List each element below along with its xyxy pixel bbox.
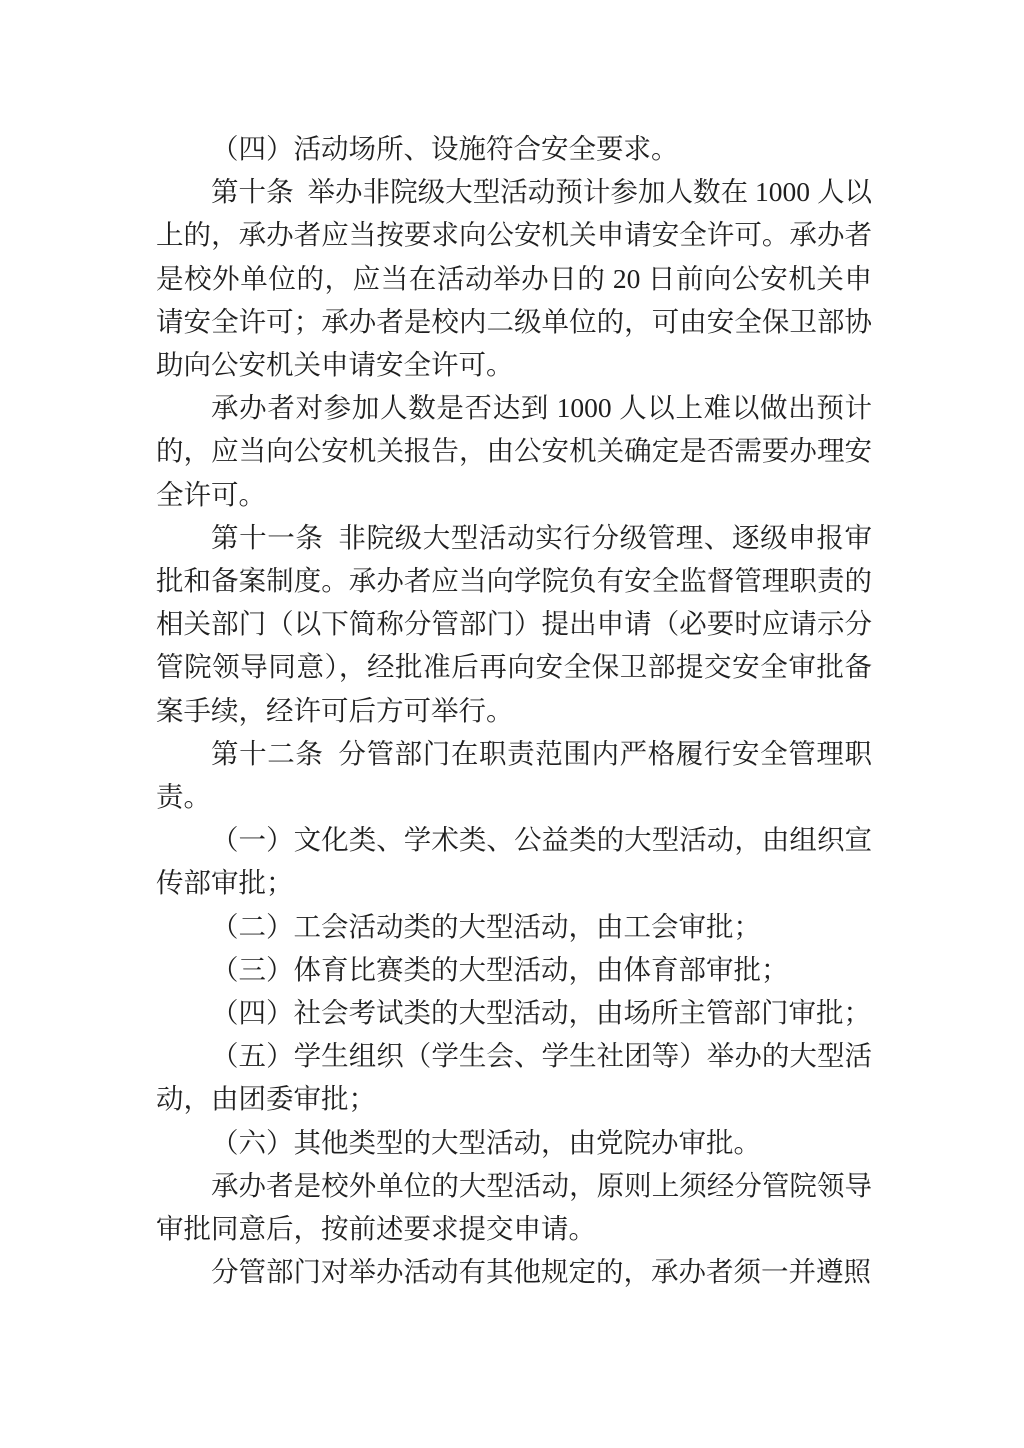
paragraph-item-3-sports: （三）体育比赛类的大型活动，由体育部审批； [156, 948, 872, 991]
paragraph-external-organizer: 承办者是校外单位的大型活动，原则上须经分管院领导审批同意后，按前述要求提交申请。 [156, 1164, 872, 1250]
paragraph-article-10-cont: 承办者对参加人数是否达到 1000 人以上难以做出预计的，应当向公安机关报告，由… [156, 386, 872, 516]
paragraph-item-4-exams: （四）社会考试类的大型活动，由场所主管部门审批； [156, 991, 872, 1034]
paragraph-item-5-students: （五）学生组织（学生会、学生社团等）举办的大型活动，由团委审批； [156, 1034, 872, 1120]
paragraph-item-6-other: （六）其他类型的大型活动，由党院办审批。 [156, 1121, 872, 1164]
paragraph-article-10: 第十条 举办非院级大型活动预计参加人数在 1000 人以上的，承办者应当按要求向… [156, 170, 872, 386]
paragraph-article-12: 第十二条 分管部门在职责范围内严格履行安全管理职责。 [156, 732, 872, 818]
paragraph-other-rules: 分管部门对举办活动有其他规定的，承办者须一并遵照 [156, 1250, 872, 1293]
document-body: （四）活动场所、设施符合安全要求。 第十条 举办非院级大型活动预计参加人数在 1… [156, 127, 872, 1293]
paragraph-item-1-culture: （一）文化类、学术类、公益类的大型活动，由组织宣传部审批； [156, 818, 872, 904]
paragraph-item-2-union: （二）工会活动类的大型活动，由工会审批； [156, 905, 872, 948]
document-page: （四）活动场所、设施符合安全要求。 第十条 举办非院级大型活动预计参加人数在 1… [0, 0, 1024, 1448]
paragraph-item-4-venue: （四）活动场所、设施符合安全要求。 [156, 127, 872, 170]
paragraph-article-11: 第十一条 非院级大型活动实行分级管理、逐级申报审批和备案制度。承办者应当向学院负… [156, 516, 872, 732]
